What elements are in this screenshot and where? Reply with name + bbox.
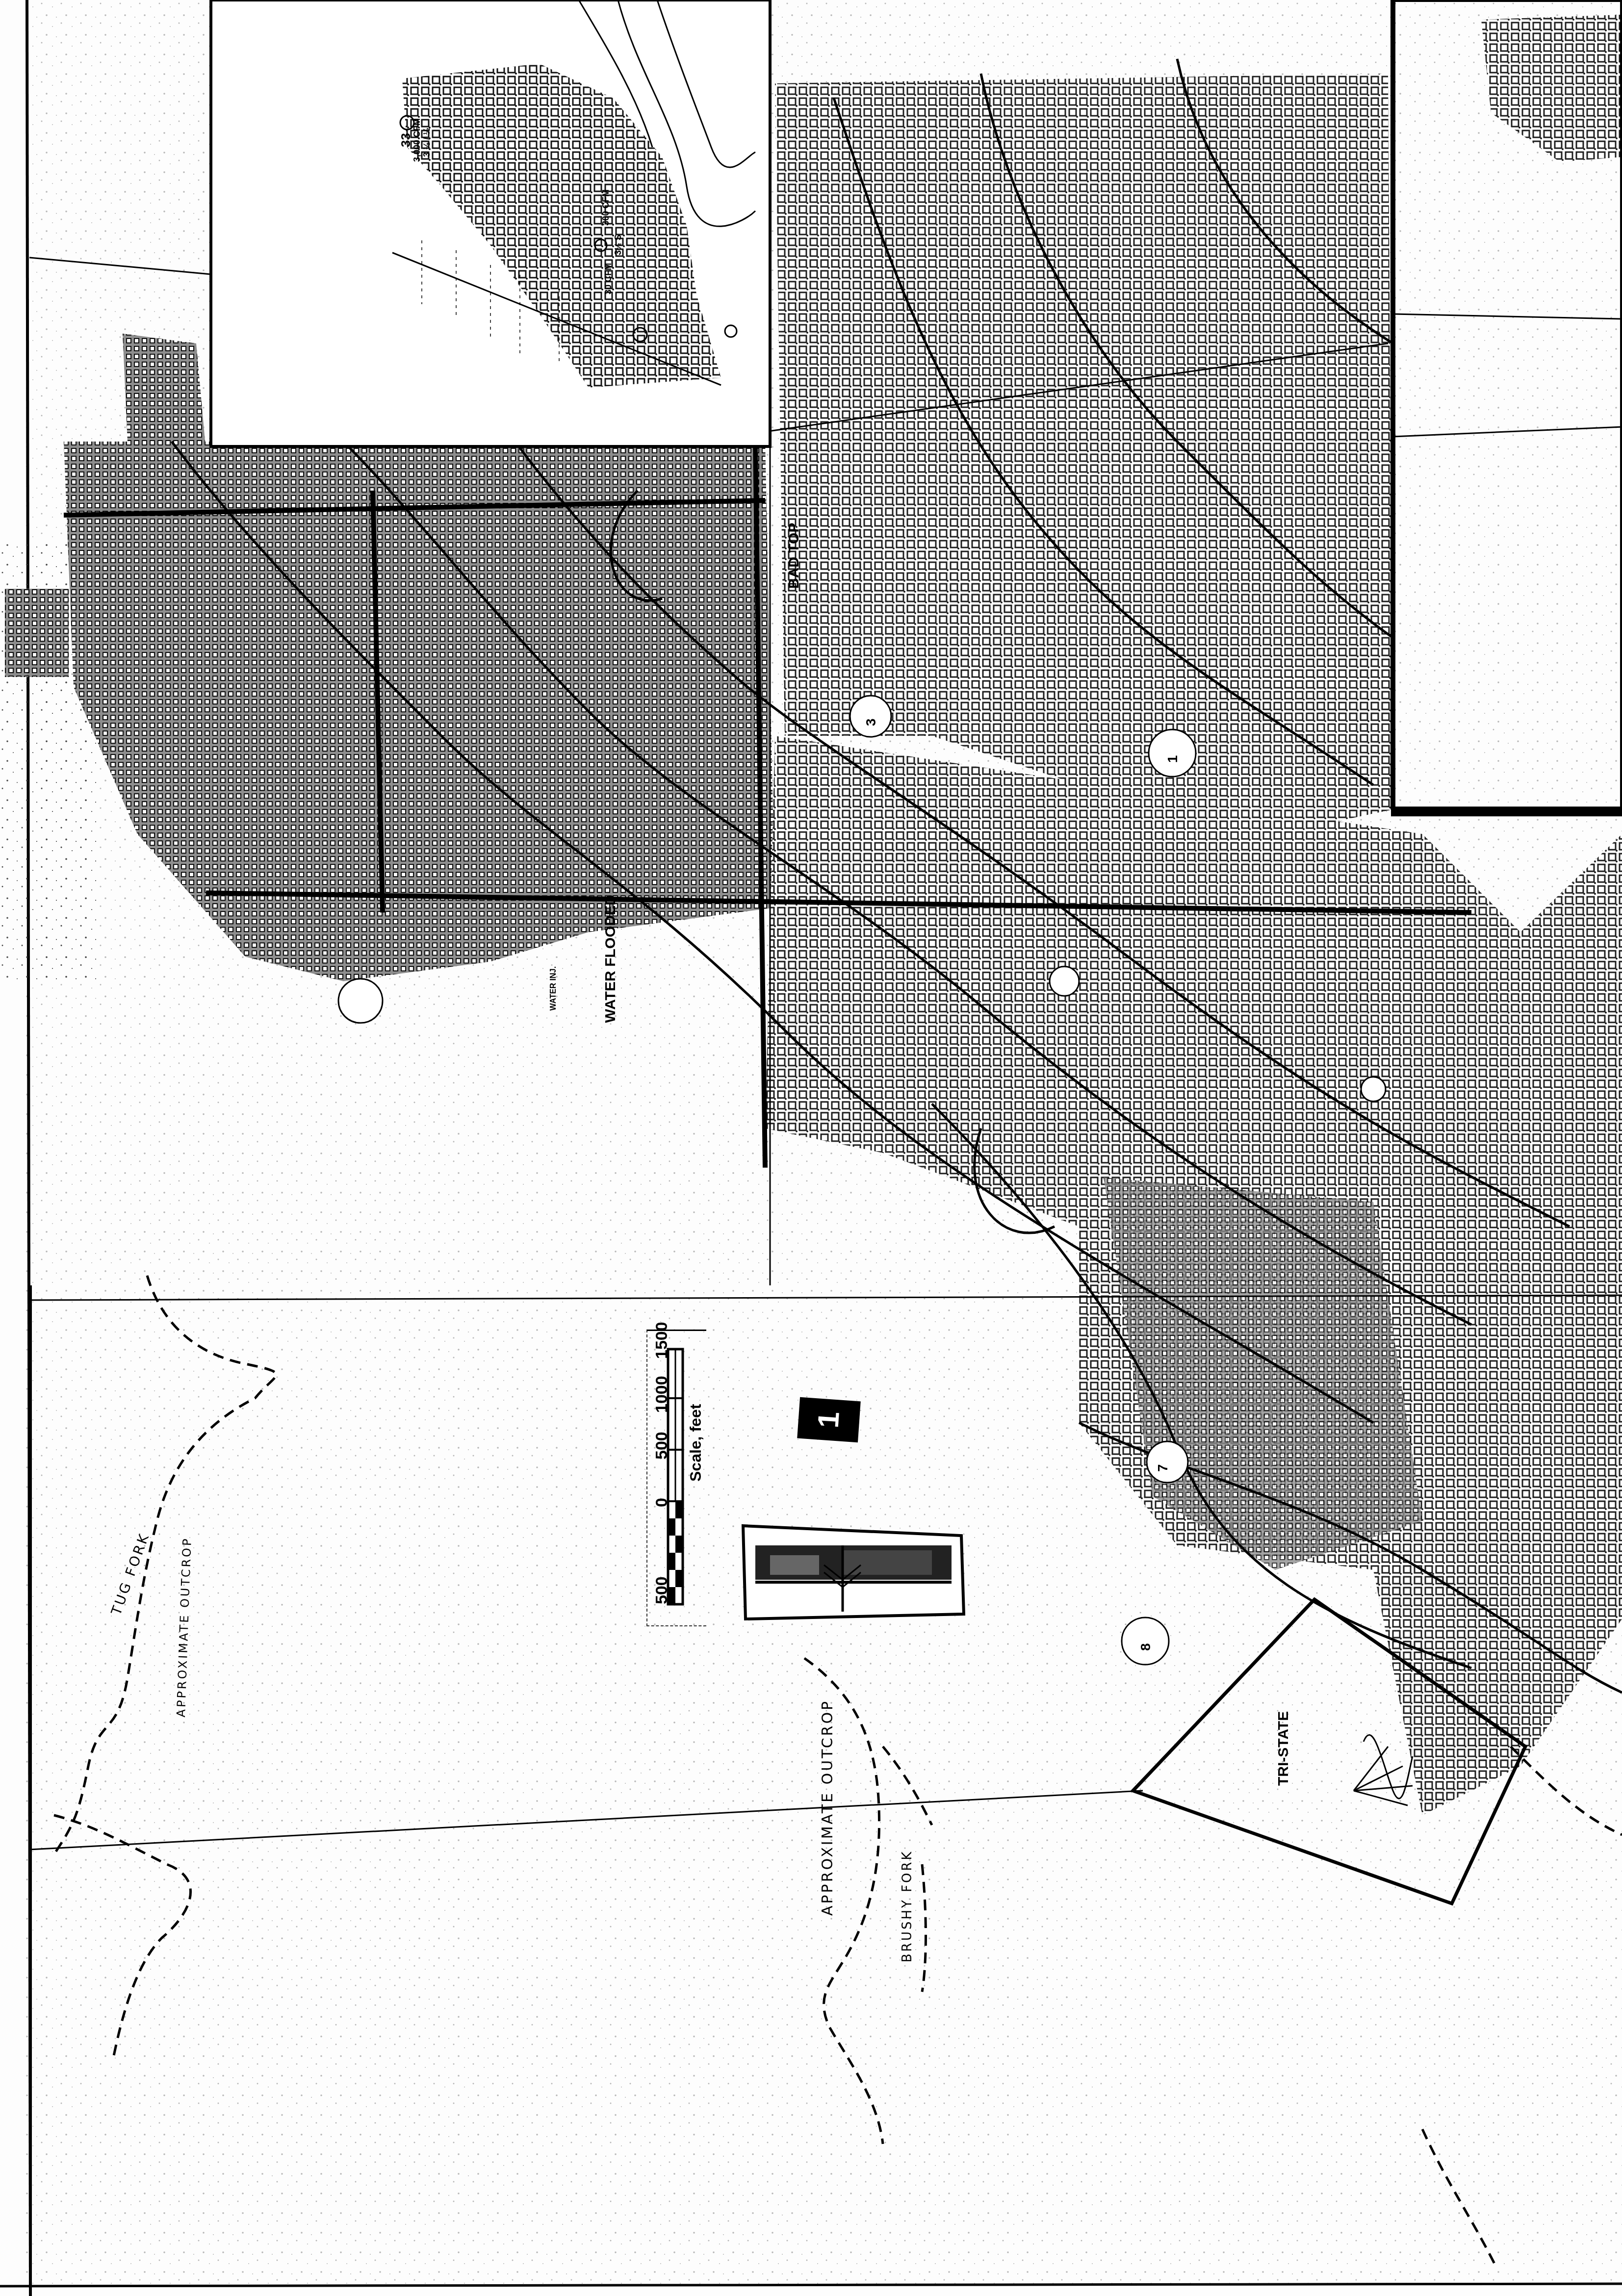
cross-section-thumbnail <box>743 1526 964 1619</box>
label-bad-top: BAD TOP <box>786 523 802 589</box>
label-approximate-outcrop-right: APPROXIMATE OUTCROP <box>819 1699 836 1916</box>
label-injection-note: WATER INJ. <box>549 966 558 1011</box>
scale-tick-1000: 1000 <box>652 1376 671 1413</box>
inset-well-label: 33 <box>398 133 413 147</box>
well-circle-label: 1 <box>1165 755 1181 763</box>
well-circle-label: 7 <box>1155 1464 1171 1472</box>
well-circle-label: 3 <box>863 718 879 726</box>
map-number-badge: 1 <box>797 1397 861 1442</box>
inset-callout-3: 30 CFM <box>603 263 614 294</box>
scale-tick-500-left: 500 <box>652 1576 671 1604</box>
label-water-flooded: WATER FLOODED <box>602 895 619 1023</box>
inset-panel <box>211 0 770 446</box>
map-number: 1 <box>808 1410 850 1429</box>
label-tri-state: TRI-STATE <box>1275 1711 1292 1786</box>
scale-tick-0: 0 <box>652 1498 671 1507</box>
scale-tick-1500: 1500 <box>652 1322 671 1359</box>
inset-callout-2: 3½ S <box>613 235 623 255</box>
inset-callout-1: 300 CFM <box>601 189 611 226</box>
inset-note-1: 3,000 CFM <box>412 118 422 162</box>
inset-note-2: 3 ½ / ½ <box>422 128 432 157</box>
map-drawing <box>0 0 1622 2296</box>
scale-tick-500: 500 <box>652 1432 671 1460</box>
scale-title: Scale, feet <box>687 1404 705 1482</box>
map-sheet: 500 0 500 1000 1500 Scale, feet 1 WATER … <box>0 0 1622 2296</box>
well-circle-label: 8 <box>1138 1643 1154 1651</box>
label-brushy-fork: BRUSHY FORK <box>900 1850 915 1962</box>
